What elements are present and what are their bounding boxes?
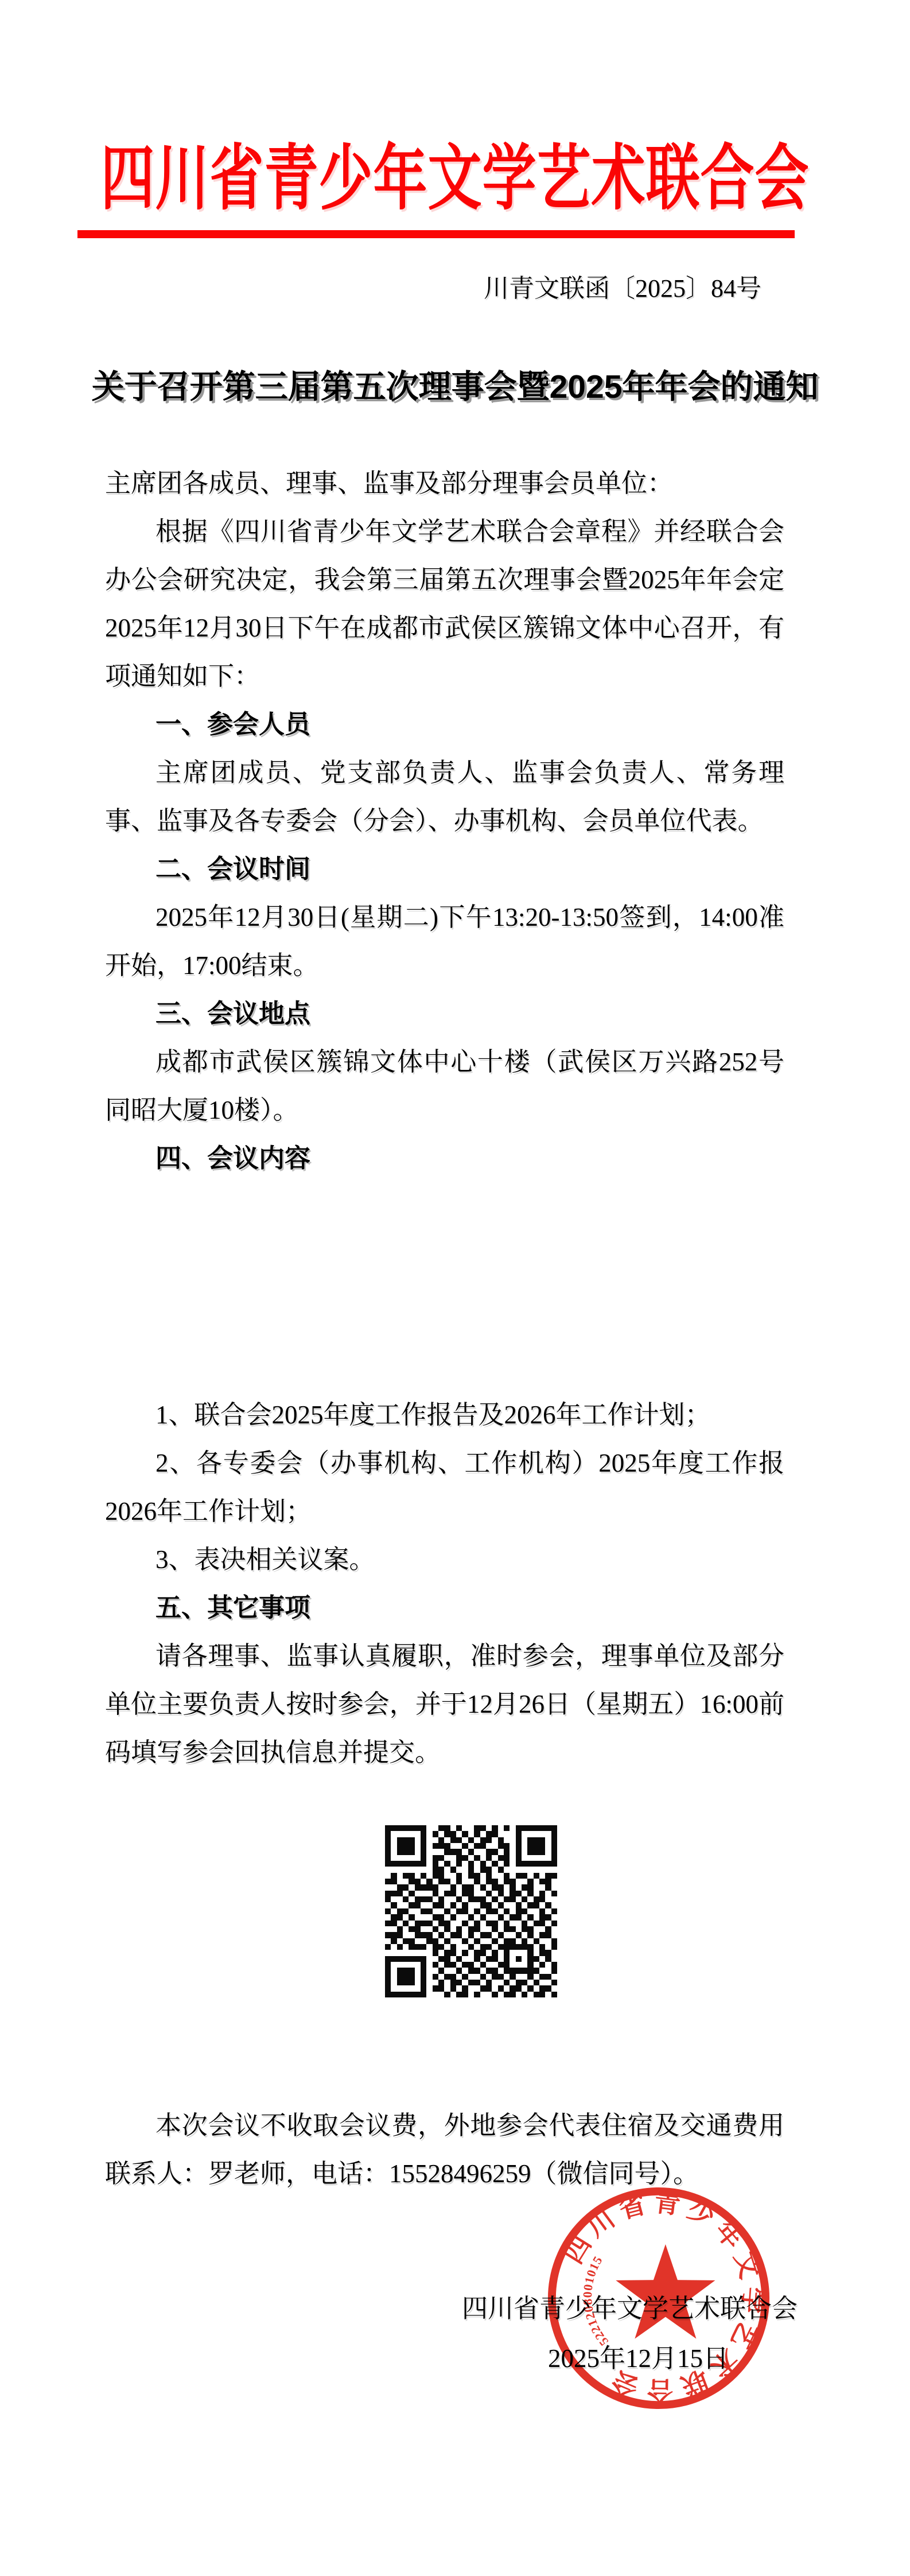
letterhead-org-name: 四川省青少年文学艺术联合会 [0, 121, 910, 223]
letterhead-divider-rule [77, 230, 795, 238]
doc-line: 3、表决相关议案。 [105, 1535, 784, 1584]
doc-line: 事、监事及各专委会（分会）、办事机构、会员单位代表。 [105, 797, 784, 845]
notice-title: 关于召开第三届第五次理事会暨2025年年会的通知 [0, 360, 910, 408]
doc-line: 2、各专委会（办事机构、工作机构）2025年度工作报告及 [105, 1439, 784, 1487]
section-heading: 二、会议时间 [105, 845, 784, 893]
doc-line: 2025年12月30日(星期二)下午13:20-13:50签到，14:00准时 [105, 893, 784, 941]
section-heading: 五、其它事项 [105, 1584, 784, 1632]
doc-line: 2025年12月30日下午在成都市武侯区簇锦文体中心召开，有关事 [105, 604, 784, 652]
signature-date: 2025年12月15日 [548, 2337, 729, 2375]
content: 主席团各成员、理事、监事及部分理事会员单位：根据《四川省青少年文学艺术联合会章程… [105, 459, 784, 2198]
doc-line: 成都市武侯区簇锦文体中心十楼（武侯区万兴路252号附1号 [105, 1038, 784, 1086]
doc-line: 办公会研究决定，我会第三届第五次理事会暨2025年年会定于 [105, 556, 784, 604]
doc-line: 主席团各成员、理事、监事及部分理事会员单位： [105, 459, 784, 507]
doc-line: 1、联合会2025年度工作报告及2026年工作计划； [105, 1391, 784, 1439]
document-number: 川青文联函〔2025〕84号 [484, 267, 761, 304]
doc-line: 联系人：罗老师，电话：15528496259（微信同号）。 [105, 2150, 784, 2198]
section-heading: 一、参会人员 [105, 700, 784, 748]
doc-line: 2026年工作计划； [105, 1487, 784, 1535]
doc-line: 码填写参会回执信息并提交。 [105, 1728, 784, 1776]
doc-line: 同昭大厦10楼）。 [105, 1086, 784, 1134]
signature-org-name: 四川省青少年文学艺术联合会 [462, 2287, 798, 2325]
doc-line: 项通知如下： [105, 652, 784, 700]
doc-line: 根据《四川省青少年文学艺术联合会章程》并经联合会主席 [105, 507, 784, 556]
qr-code [385, 1825, 557, 1997]
page-break-gap [105, 1182, 784, 1391]
document-page: 四川省青少年文学艺术联合会 川青文联函〔2025〕84号 关于召开第三届第五次理… [0, 0, 910, 2576]
doc-line: 本次会议不收取会议费，外地参会代表住宿及交通费用自理， [105, 2101, 784, 2150]
section-heading: 四、会议内容 [105, 1134, 784, 1182]
section-heading: 三、会议地点 [105, 990, 784, 1038]
doc-line: 单位主要负责人按时参会，并于12月26日（星期五）16:00前扫 [105, 1680, 784, 1728]
doc-line: 请各理事、监事认真履职，准时参会，理事单位及部分特邀 [105, 1632, 784, 1680]
doc-line: 主席团成员、党支部负责人、监事会负责人、常务理事、理 [105, 748, 784, 797]
doc-line: 开始，17:00结束。 [105, 941, 784, 990]
